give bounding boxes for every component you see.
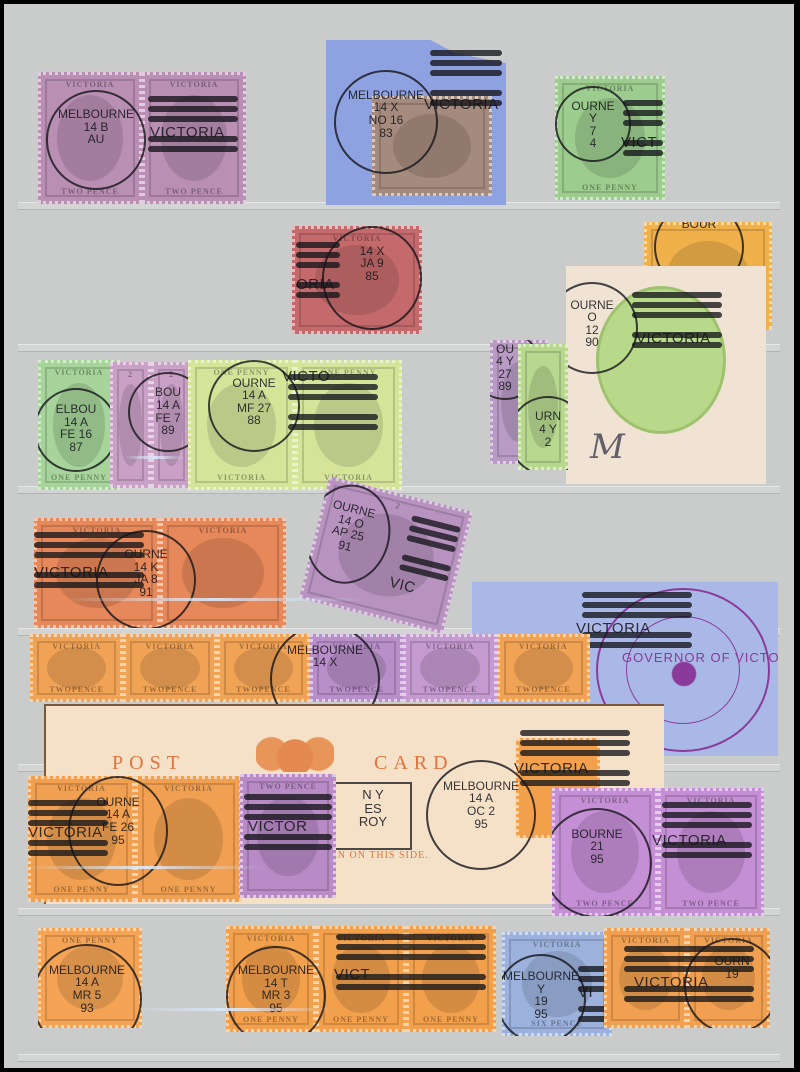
postmark-text: MELBOURNE 14 X NO 16 83 [334, 89, 438, 139]
pair-orange-right-item[interactable]: VICTORIAVICTORIAOURN 19VICTORIA [604, 928, 770, 1028]
barred-numeral-cancel [662, 798, 752, 862]
stamp-label-top: VICTORIA [41, 80, 139, 89]
barred-cancel-text: VICTORIA [634, 974, 709, 991]
queen-portrait-icon [47, 647, 106, 689]
queen-portrait-icon [514, 647, 573, 689]
postmark-text: ELBOU 14 A FE 16 87 [38, 403, 118, 453]
pair-onepenny-yellowgreen-item[interactable]: ONE PENNYVICTORIAONE PENNYVICTORIAOURNE … [188, 360, 402, 490]
violet-twopence-item[interactable]: TWO PENCEVICTOR [240, 774, 336, 898]
postmark-text: URN 4 Y 2 [518, 410, 568, 448]
stamp-label-top: VICTORIA [505, 940, 609, 949]
stamp-label-bottom: TWOPENCE [126, 685, 213, 694]
stamp-label-top: VICTORIA [41, 368, 117, 377]
stationery-cutout-item[interactable]: MOURNE O 12 90VICTORIA [566, 266, 766, 484]
postmark-text: MELBOURNE Y 19 95 [502, 970, 586, 1020]
stamp-label-top: VICTORIA [500, 642, 587, 651]
boxed-cancel: N Y ES ROY [334, 782, 412, 850]
barred-cancel-text: VICTORIA [28, 824, 103, 841]
manuscript-mark: M [590, 430, 625, 466]
postmark-text: BOURNE 21 95 [552, 828, 652, 866]
queen-portrait-icon [140, 647, 199, 689]
stamp-label-top: VICTORIA [33, 642, 120, 651]
strip-reflection [64, 598, 364, 601]
stamp-label-bottom: VICTORIA [191, 473, 292, 482]
barred-cancel-text: ORIA [296, 276, 335, 293]
stamp-label-bottom: ONE PENNY [31, 885, 132, 894]
stamp-label-top: VICTORIA [406, 642, 493, 651]
queen-portrait-icon [420, 647, 479, 689]
postmark-text: MELBOURNE 14 X [270, 644, 380, 669]
stamp-label-bottom: TWO PENCE [145, 187, 243, 196]
barred-numeral-cancel [520, 726, 630, 790]
postmark-text: MELBOURNE 14 B AU [46, 108, 146, 146]
violet-twopence-item[interactable]: 2OURNE 14 O AP 25 91VIC [299, 476, 473, 634]
orange-onepenny-item[interactable]: ONE PENNYMELBOURNE 14 A MR 5 93 [38, 928, 142, 1028]
strip-orange-item[interactable]: VICTORIAONE PENNYVICTORIAONE PENNYVICTOR… [226, 926, 496, 1032]
stamp: VICTORIATWOPENCE [497, 634, 590, 702]
royal-arms-icon [256, 736, 334, 772]
postmark-text: OURNE Y 7 4 [555, 100, 631, 150]
stamp-label-top: 2 [113, 370, 148, 379]
barred-cancel-text: VICTORIA [424, 96, 499, 113]
postmark-text: MELBOURNE 14 T MR 3 95 [226, 964, 326, 1014]
pair-twopence-violet-item[interactable]: VICTORIATWO PENCEVICTORIATWO PENCEMELBOU… [38, 72, 246, 204]
stamp-label-bottom: TWOPENCE [33, 685, 120, 694]
postmark-text: BOUR [654, 222, 744, 231]
stamp-label-top: VICTORIA [145, 80, 243, 89]
pair-orange-onepenny-item[interactable]: VICTORIAONE PENNYVICTORIAONE PENNYOURNE … [28, 776, 242, 902]
crest-icon [664, 658, 704, 690]
barred-numeral-cancel [336, 930, 486, 994]
barred-numeral-cancel [34, 528, 144, 592]
barred-cancel-text: VICT [334, 966, 370, 983]
post-card-title-right: CARD [374, 752, 454, 775]
stamp-label-bottom: ONE PENNY [409, 1015, 493, 1024]
barred-cancel-text: VICTORIA [652, 832, 727, 849]
post-card-title-left: POST [112, 752, 185, 775]
stamp-label-bottom: ONE PENNY [138, 885, 239, 894]
pair-violet-right-item[interactable]: VICTORIATWO PENCEVICTORIATWO PENCEBOURNE… [552, 788, 764, 916]
red-stamp-item[interactable]: VICTORIA14 X JA 9 85ORIA [292, 226, 422, 334]
barred-cancel-text: VICT [621, 134, 657, 151]
strip-reflection [124, 456, 184, 459]
twopence-violet-item[interactable]: 22BOU 14 A FE 7 89 [110, 362, 192, 488]
postmark-text: BOU 14 A FE 7 89 [128, 386, 192, 436]
pair-orange-item[interactable]: VICTORIAVICTORIAOURNE 14 K JA 8 91VICTOR… [34, 518, 286, 628]
stamp-label-bottom: TWO PENCE [661, 899, 761, 908]
barred-cancel-text: VICTORIA [150, 124, 225, 141]
stamp: VICTORIATWOPENCE [403, 634, 496, 702]
strip-reflection [24, 866, 264, 869]
barred-cancel-text: VI [578, 984, 593, 1001]
stamp-label-top: VICTORIA [126, 642, 213, 651]
stamp-label-bottom: ONE PENNY [319, 1015, 403, 1024]
stamp-label-top: VICTORIA [229, 934, 313, 943]
barred-cancel-text: VICTOR [248, 818, 307, 835]
stamp-label-bottom: TWOPENCE [500, 685, 587, 694]
barred-cancel-text: VICTORIA [514, 760, 589, 777]
postmark-text: MELBOURNE 14 A MR 5 93 [38, 964, 142, 1014]
stockbook-strip [18, 1054, 780, 1062]
barred-cancel-text: VICTORIA [636, 330, 711, 347]
blue-sixpence-item[interactable]: VICTORIASIX PENCEMELBOURNE Y 19 95VI [502, 932, 612, 1036]
stamp-label-bottom: ONE PENNY [558, 183, 662, 192]
postmark-text: OURNE O 12 90 [566, 299, 638, 349]
stamp-label-top: VICTORIA [555, 796, 655, 805]
barred-cancel-text: VICTORIA [34, 564, 109, 581]
stamp: VICTORIATWOPENCE [123, 634, 216, 702]
stamp-label-top: VICTORIA [163, 526, 283, 535]
green-small-item[interactable]: URN 4 Y 2 [518, 344, 568, 470]
green-onepenny-item[interactable]: VICTORIAONE PENNYOURNE Y 7 4VICT [555, 76, 665, 200]
stamp-label-bottom: ONE PENNY [41, 473, 117, 482]
green-onepenny-item[interactable]: VICTORIAONE PENNYELBOU 14 A FE 16 87 [38, 360, 120, 490]
barred-cancel-text: VICTO [282, 368, 330, 385]
stamp: VICTORIATWOPENCE [30, 634, 123, 702]
strip-reflection [134, 1008, 334, 1011]
piece-blue-threepence-item[interactable]: MELBOURNE 14 X NO 16 83VICTORIA [326, 40, 506, 205]
stockbook-page: VICTORIATWO PENCEVICTORIATWO PENCEMELBOU… [4, 4, 794, 1068]
stamp-label-bottom: TWOPENCE [406, 685, 493, 694]
